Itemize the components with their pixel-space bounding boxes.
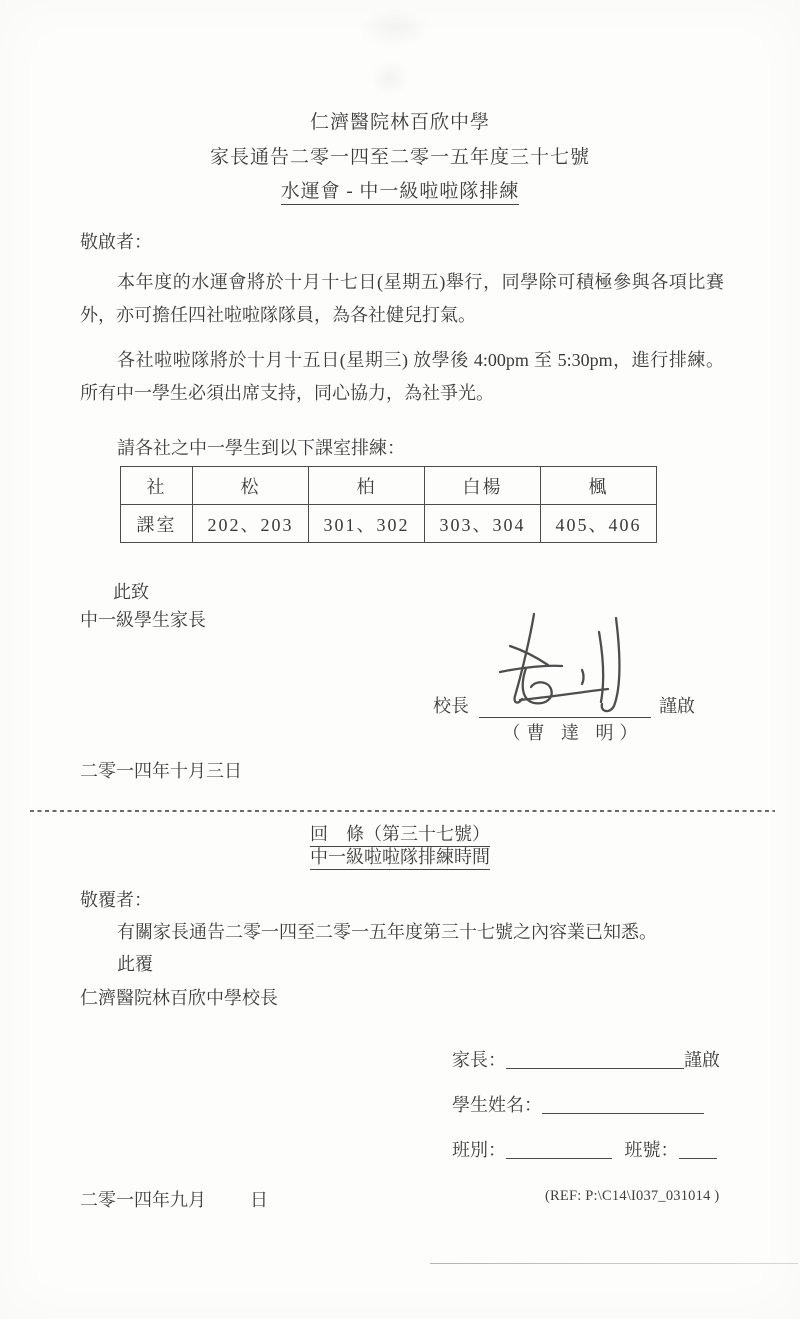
student-name-line: 學生姓名： — [452, 1091, 704, 1117]
class-label: 班別： — [452, 1140, 506, 1160]
salutation: 敬啟者： — [80, 228, 152, 254]
notice-date: 二零一四年十月三日 — [80, 757, 242, 783]
rooms-table-data-row: 課室 202、203 301、302 303、304 405、406 — [121, 505, 657, 543]
reply-slip-title-2-text: 中一級啦啦隊排練時間 — [310, 847, 490, 870]
addressee: 中一級學生家長 — [80, 606, 206, 632]
school-name: 仁濟醫院林百欣中學 — [0, 107, 800, 134]
paragraph-2: 各社啦啦隊將於十月十五日(星期三) 放學後 4:00pm 至 5:30pm，進行… — [80, 344, 724, 410]
scanned-notice-page: 仁濟醫院林百欣中學 家長通告二零一四至二零一五年度三十七號 水運會 - 中一級啦… — [0, 0, 800, 1319]
scan-smudge — [370, 60, 410, 96]
rooms-cell-maple: 405、406 — [541, 505, 657, 543]
reply-body: 有關家長通告二零一四至二零一五年度第三十七號之內容業已知悉。 — [117, 918, 657, 944]
rooms-cell-pine: 202、203 — [193, 505, 309, 543]
reply-date-line: 二零一四年九月日 — [80, 1186, 268, 1212]
rooms-header-cypress: 柏 — [309, 467, 425, 505]
reply-addressee: 仁濟醫院林百欣中學校長 — [80, 984, 278, 1010]
rooms-cell-cypress: 301、302 — [309, 505, 425, 543]
closing-phrase: 此致 — [113, 578, 149, 604]
parent-signoff: 謹啟 — [684, 1050, 720, 1070]
signature-line: 校長 謹啟 — [433, 692, 695, 718]
reply-date-prefix: 二零一四年九月 — [80, 1190, 206, 1210]
parent-label: 家長： — [452, 1050, 506, 1070]
student-name-label: 學生姓名： — [452, 1095, 542, 1115]
reply-slip-title-2: 中一級啦啦隊排練時間 — [0, 843, 800, 869]
notice-subject: 水運會 - 中一級啦啦隊排練 — [0, 176, 800, 203]
rooms-header-house: 社 — [121, 467, 193, 505]
rooms-header-poplar: 白楊 — [425, 467, 541, 505]
rooms-row-label: 課室 — [121, 505, 193, 543]
class-number-blank — [679, 1140, 717, 1159]
tear-dashed-line — [30, 810, 775, 812]
paragraph-1: 本年度的水運會將於十月十七日(星期五)舉行，同學除可積極參與各項比賽外，亦可擔任… — [80, 266, 724, 332]
student-name-blank — [542, 1095, 704, 1114]
rooms-header-maple: 楓 — [541, 467, 657, 505]
reference-code: (REF: P:\C14\I037_031014 ) — [545, 1188, 719, 1205]
scan-artifact-line — [430, 1263, 798, 1264]
parent-signature-blank — [506, 1050, 684, 1069]
rooms-table-header-row: 社 松 柏 白楊 楓 — [121, 467, 657, 505]
principal-label: 校長 — [433, 692, 469, 718]
reply-salutation: 敬覆者： — [80, 886, 152, 912]
scan-smudge — [360, 8, 430, 48]
notice-number-line: 家長通告二零一四至二零一五年度三十七號 — [0, 142, 800, 169]
class-line: 班別： 班號： — [452, 1136, 717, 1162]
principal-name: （曹 達 明） — [478, 719, 668, 745]
reply-date-suffix: 日 — [250, 1190, 268, 1210]
principal-signoff: 謹啟 — [659, 692, 695, 718]
rooms-header-pine: 松 — [193, 467, 309, 505]
principal-signature-blank — [479, 698, 651, 718]
rooms-cell-poplar: 303、304 — [425, 505, 541, 543]
notice-subject-text: 水運會 - 中一級啦啦隊排練 — [281, 181, 520, 205]
rooms-table: 社 松 柏 白楊 楓 課室 202、203 301、302 303、304 40… — [120, 466, 657, 543]
parent-signature-line: 家長：謹啟 — [452, 1046, 720, 1072]
reply-closing: 此覆 — [117, 950, 153, 976]
class-number-label: 班號： — [625, 1140, 679, 1160]
table-intro: 請各社之中一學生到以下課室排練： — [117, 434, 405, 460]
class-blank — [506, 1140, 612, 1159]
